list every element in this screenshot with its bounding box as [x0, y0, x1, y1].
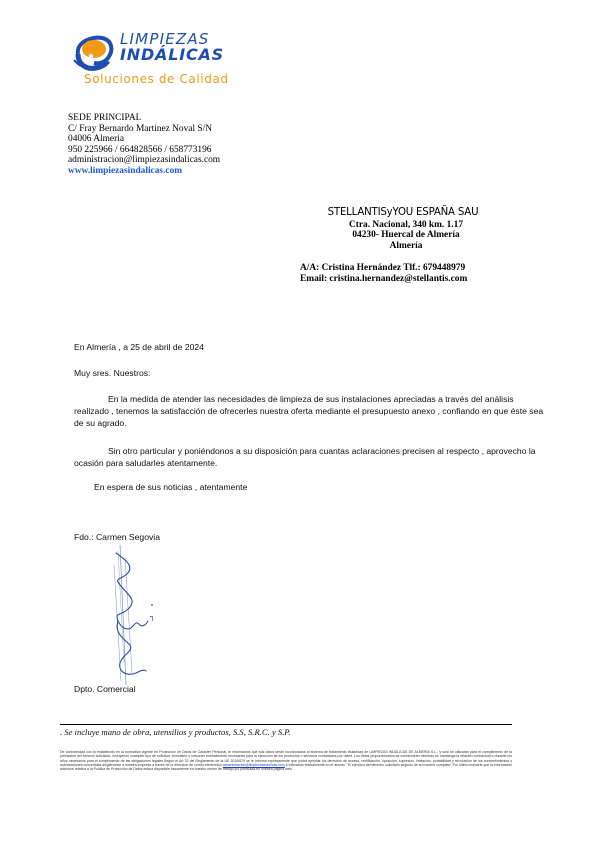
sender-title: SEDE PRINCIPAL [68, 113, 220, 124]
footer-divider [60, 724, 512, 725]
letter-paragraph-1: En la medida de atender las necesidades … [74, 393, 544, 429]
letter-paragraph-2: Sin otro particular y poniéndonos a su d… [74, 445, 544, 469]
letter-department: Dpto. Comercial [74, 683, 136, 695]
recipient-province: Almería [300, 241, 500, 252]
sender-address-block: SEDE PRINCIPAL C/ Fray Bernardo Martinez… [68, 113, 220, 177]
sender-city: 04006 Almeria [68, 134, 220, 145]
sender-street: C/ Fray Bernardo Martinez Noval S/N [68, 124, 220, 135]
sender-website-link[interactable]: www.limpiezasindalicas.com [68, 166, 220, 177]
letter-signer: Fdo.: Carmen Segovia [74, 531, 160, 543]
recipient-attention: A/A: Cristina Hernández Tlf.: 679448979 [300, 263, 500, 274]
logo-emblem-icon [72, 34, 116, 72]
recipient-postal: 04230- Huercal de Almería [300, 230, 500, 241]
logo-tagline: Soluciones de Calidad [84, 72, 229, 86]
letter-closing: En espera de sus noticias , atentamente [94, 481, 247, 493]
data-protection-notice: De conformidad con lo establecido en la … [60, 750, 512, 771]
logo-wordmark: LIMPIEZAS INDÁLICAS [120, 32, 224, 62]
recipient-road: Ctra. Nacional, 340 km. 1.17 [300, 220, 500, 231]
sender-email: administracion@limpiezasindalicas.com [68, 155, 220, 166]
company-logo: LIMPIEZAS INDÁLICAS Soluciones de Calida… [70, 26, 240, 90]
includes-note: . Se incluye mano de obra, utensilios y … [60, 727, 291, 737]
letter-greeting: Muy sres. Nuestros: [74, 367, 150, 379]
recipient-email: Email: cristina.hernandez@stellantis.com [300, 274, 500, 285]
sender-phones: 950 225966 / 664828566 / 658773196 [68, 145, 220, 156]
recipient-company: STELLANTISyYOU ESPAÑA SAU [300, 208, 500, 219]
recipient-address-block: STELLANTISyYOU ESPAÑA SAU Ctra. Nacional… [300, 208, 500, 284]
letter-date: En Almería , a 25 de abril de 2024 [74, 341, 204, 353]
handwritten-signature [106, 545, 161, 688]
